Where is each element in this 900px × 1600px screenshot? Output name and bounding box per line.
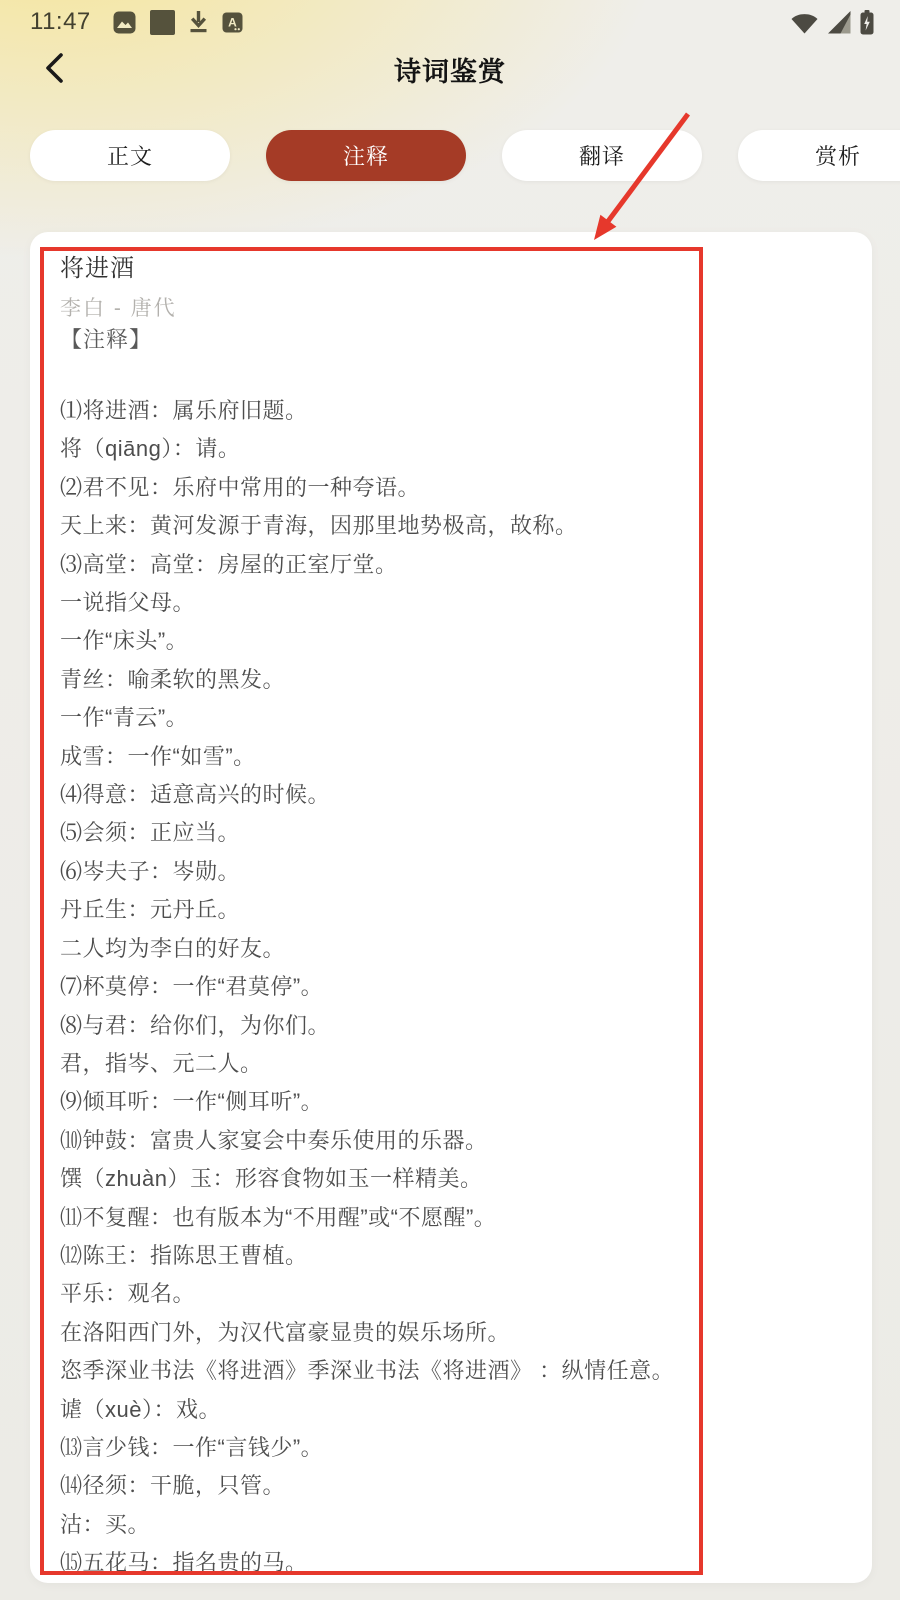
annotation-line: 一说指父母。	[60, 584, 842, 622]
annotation-line: ⑺杯莫停：一作“君莫停”。	[60, 968, 842, 1006]
annotation-line: 青丝：喻柔软的黑发。	[60, 661, 842, 699]
annotation-line: ⒁径须：干脆，只管。	[60, 1467, 842, 1505]
annotation-line: ⑵君不见：乐府中常用的一种夸语。	[60, 469, 842, 507]
annotation-line: 成雪：一作“如雪”。	[60, 738, 842, 776]
solid-square-icon	[150, 10, 175, 35]
annotation-line: 二人均为李白的好友。	[60, 930, 842, 968]
tab-annotations[interactable]: 注释	[266, 130, 466, 181]
annotation-line: 将（qiāng）：请。	[60, 430, 842, 468]
status-right-icons	[790, 10, 874, 35]
tab-original-text[interactable]: 正文	[30, 130, 230, 181]
annotation-line: ⑾不复醒：也有版本为“不用醒”或“不愿醒”。	[60, 1199, 842, 1237]
annotation-line: 沽：买。	[60, 1506, 842, 1544]
poem-title: 将进酒	[60, 254, 842, 284]
annotation-lines: ⑴将进酒：属乐府旧题。将（qiāng）：请。⑵君不见：乐府中常用的一种夸语。天上…	[60, 392, 842, 1572]
svg-text:A: A	[228, 15, 237, 29]
annotation-line: 在洛阳西门外，为汉代富豪显贵的娱乐场所。	[60, 1314, 842, 1352]
annotation-line: ⑼倾耳听：一作“侧耳听”。	[60, 1083, 842, 1121]
wifi-icon	[790, 11, 819, 34]
letter-a-icon: A	[222, 12, 243, 33]
annotation-line: 一作“青云”。	[60, 699, 842, 737]
clock: 11:47	[30, 8, 91, 36]
annotation-line: ⑽钟鼓：富贵人家宴会中奏乐使用的乐器。	[60, 1122, 842, 1160]
annotation-line: ⒀言少钱：一作“言钱少”。	[60, 1429, 842, 1467]
annotation-line: ⑻与君：给你们，为你们。	[60, 1007, 842, 1045]
card-content: 将进酒 李白 - 唐代 【注释】 ⑴将进酒：属乐府旧题。将（qiāng）：请。⑵…	[30, 232, 872, 1572]
annotation-line: 平乐：观名。	[60, 1275, 842, 1313]
poem-author: 李白 - 唐代	[60, 296, 842, 322]
annotation-line: ⑶高堂：高堂：房屋的正室厅堂。	[60, 546, 842, 584]
annotation-line: ⑹岑夫子：岑勋。	[60, 853, 842, 891]
annotation-line: 恣季深业书法《将进酒》季深业书法《将进酒》 ：纵情任意。	[60, 1352, 842, 1390]
page-title: 诗词鉴赏	[0, 50, 900, 89]
annotation-line: ⑷得意：适意高兴的时候。	[60, 776, 842, 814]
annotation-line: ⑸会须：正应当。	[60, 814, 842, 852]
annotation-line: ⑴将进酒：属乐府旧题。	[60, 392, 842, 430]
status-bar: 11:47 A	[0, 0, 900, 40]
annotation-line: ⑿陈王：指陈思王曹植。	[60, 1237, 842, 1275]
content-card: 将进酒 李白 - 唐代 【注释】 ⑴将进酒：属乐府旧题。将（qiāng）：请。⑵…	[30, 232, 872, 1583]
signal-icon	[828, 11, 851, 34]
annotation-line: 天上来：黄河发源于青海，因那里地势极高，故称。	[60, 507, 842, 545]
status-left-icons: A	[113, 10, 243, 35]
annotation-line: ⒂五花马：指名贵的马。	[60, 1544, 842, 1572]
annotation-line: 一作“床头”。	[60, 622, 842, 660]
annotation-line: 丹丘生：元丹丘。	[60, 891, 842, 929]
annotation-line: 馔（zhuàn）玉：形容食物如玉一样精美。	[60, 1160, 842, 1198]
download-icon	[189, 10, 208, 34]
tab-appreciation[interactable]: 赏析	[738, 130, 900, 181]
annotation-line: 君，指岑、元二人。	[60, 1045, 842, 1083]
photo-icon	[113, 11, 136, 34]
annotation-line: 谑（xuè）：戏。	[60, 1391, 842, 1429]
tab-bar: 正文 注释 翻译 赏析	[0, 130, 900, 181]
header: 诗词鉴赏	[0, 40, 900, 96]
tab-translation[interactable]: 翻译	[502, 130, 702, 181]
section-label: 【注释】	[60, 326, 842, 354]
battery-icon	[860, 10, 874, 35]
